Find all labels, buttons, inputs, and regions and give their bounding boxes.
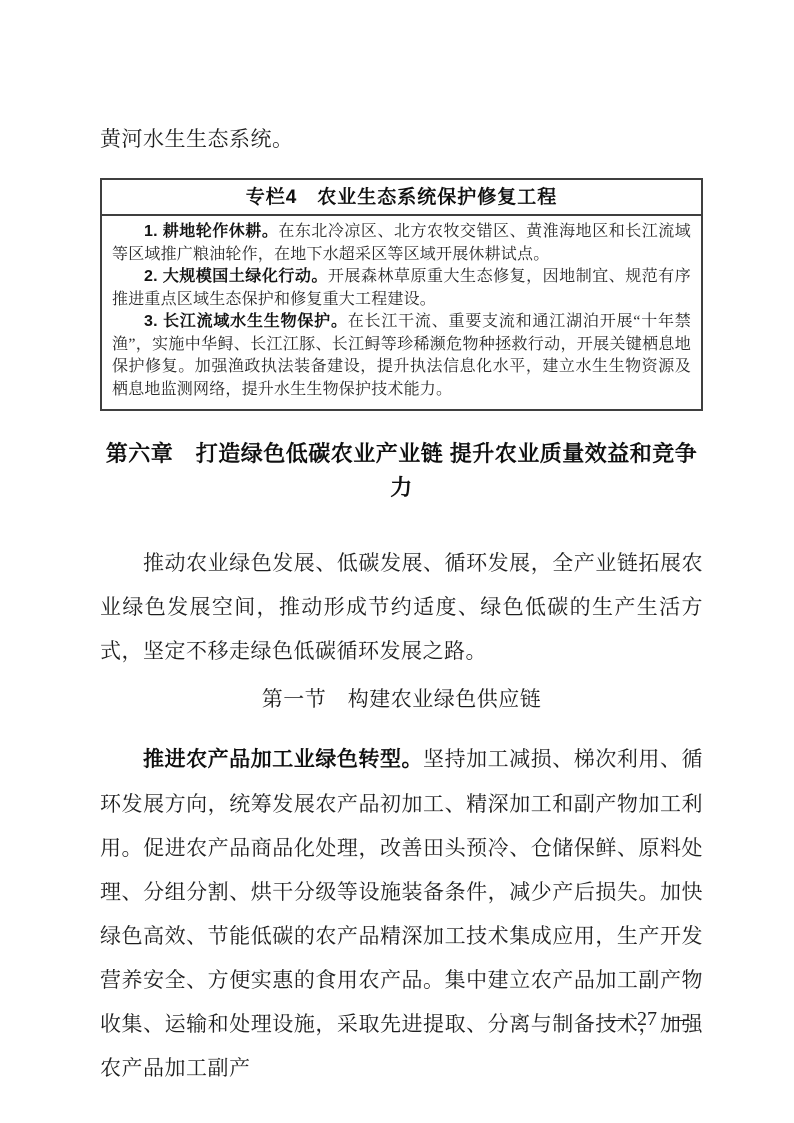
chapter-title: 第六章 打造绿色低碳农业产业链 提升农业质量效益和竞争力 <box>100 437 703 505</box>
body-paragraph-lead: 推进农产品加工业绿色转型。 <box>143 748 423 771</box>
callout-item-3-lead: 3. 长江流域水生生物保护。 <box>144 313 348 330</box>
section-title: 第一节 构建农业绿色供应链 <box>100 685 703 713</box>
callout-box-body: 1. 耕地轮作休耕。在东北冷凉区、北方农牧交错区、黄淮海地区和长江流域等区域推广… <box>102 216 701 409</box>
callout-item-1-lead: 1. 耕地轮作休耕。 <box>144 223 278 240</box>
footer-dash-right: — <box>670 1008 690 1031</box>
page-footer: — 27 — <box>604 1008 690 1031</box>
callout-item-3: 3. 长江流域水生生物保护。在长江干流、重要支流和通江湖泊开展“十年禁渔”，实施… <box>112 311 691 401</box>
paragraph-continuation: 黄河水生生态系统。 <box>100 126 703 152</box>
document-page: 黄河水生生态系统。 专栏4 农业生态系统保护修复工程 1. 耕地轮作休耕。在东北… <box>0 0 794 1123</box>
footer-dash-left: — <box>604 1008 624 1031</box>
page-number: 27 <box>637 1008 657 1031</box>
callout-box-title: 专栏4 农业生态系统保护修复工程 <box>102 180 701 214</box>
chapter-intro-paragraph: 推动农业绿色发展、低碳发展、循环发展，全产业链拓展农业绿色发展空间，推动形成节约… <box>100 541 703 673</box>
body-paragraph: 推进农产品加工业绿色转型。坚持加工减损、梯次利用、循环发展方向，统筹发展农产品初… <box>100 737 703 1090</box>
callout-item-2-lead: 2. 大规模国土绿化行动。 <box>144 268 328 285</box>
callout-box-column4: 专栏4 农业生态系统保护修复工程 1. 耕地轮作休耕。在东北冷凉区、北方农牧交错… <box>100 178 703 411</box>
callout-item-2: 2. 大规模国土绿化行动。开展森林草原重大生态修复，因地制宜、规范有序推进重点区… <box>112 266 691 311</box>
callout-item-1: 1. 耕地轮作休耕。在东北冷凉区、北方农牧交错区、黄淮海地区和长江流域等区域推广… <box>112 221 691 266</box>
